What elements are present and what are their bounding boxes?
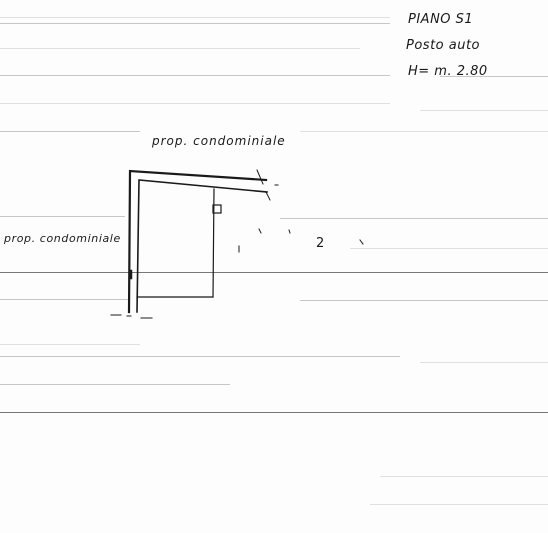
inner-wall <box>137 180 267 312</box>
use-label: Posto auto <box>406 38 480 53</box>
height-label: H= m. 2.80 <box>408 64 488 79</box>
parking-space-plan <box>0 0 548 533</box>
space-number-label: 2 <box>316 236 324 251</box>
left-neighbor-label: prop. condominiale <box>4 232 121 245</box>
level-label: PIANO S1 <box>408 12 473 27</box>
scanned-floor-plan-sheet: prop. condominiale prop. condominiale 2 … <box>0 0 548 533</box>
outer-wall <box>129 171 266 312</box>
top-neighbor-label: prop. condominiale <box>152 134 286 148</box>
